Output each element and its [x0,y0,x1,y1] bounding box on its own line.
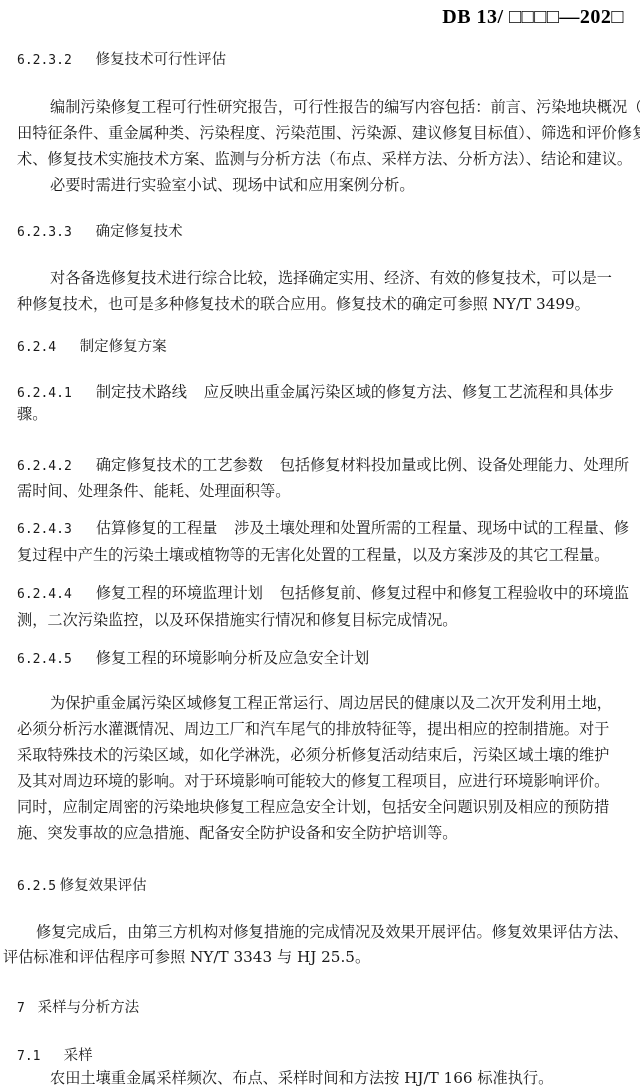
section-number: 7.1 [17,1047,59,1067]
section-number: 6.2.4.3 [17,520,91,540]
section-number: 7 [17,999,33,1019]
paragraph-line: 为保护重金属污染区域修复工程正常运行、周边居民的健康以及二次开发利用土地， [50,693,612,713]
paragraph-line: 骤。 [17,404,47,424]
heading-6-2-4: 6.2.4 制定修复方案 [17,337,167,358]
clause-6-2-4-4: 6.2.4.4 修复工程的环境监理计划 包括修复前、修复过程中和修复工程验收中的… [17,583,629,605]
section-number: 6.2.3.2 [17,51,91,71]
paragraph-line: 田特征条件、重金属种类、污染程度、污染范围、污染源、建议修复目标值）、筛选和评价… [17,123,640,143]
paragraph-line: 农田土壤重金属采样频次、布点、采样时间和方法按 HJ/T 166 标准执行。 [50,1068,553,1088]
paragraph-line: 需时间、处理条件、能耗、处理面积等。 [17,481,290,501]
section-title: 修复效果评估 [60,878,147,894]
section-title: 制定修复方案 [80,339,167,355]
section-number: 6.2.5 [17,877,55,897]
clause-6-2-4-1: 6.2.4.1 制定技术路线 应反映出重金属污染区域的修复方法、修复工艺流程和具… [17,382,614,404]
paragraph-line: 复过程中产生的污染土壤或植物等的无害化处置的工程量，以及方案涉及的其它工程量。 [17,545,609,565]
clause-title: 修复工程的环境影响分析及应急安全计划 [96,649,369,667]
heading-6-2-3-3: 6.2.3.3 确定修复技术 [17,222,183,243]
section-title: 确定修复技术 [96,224,183,240]
section-number: 6.2.4.4 [17,585,91,605]
clause-text: 包括修复材料投加量或比例、设备处理能力、处理所 [280,456,629,474]
section-number: 6.2.4.1 [17,384,91,404]
paragraph-line: 采取特殊技术的污染区域，如化学淋洗，必须分析修复活动结束后，污染区域土壤的维护 [17,745,609,765]
paragraph-line: 同时，应制定周密的污染地块修复工程应急安全计划，包括安全问题识别及相应的预防措 [17,797,609,817]
doc-header-code: DB 13/ □□□□—202□ [442,6,624,29]
paragraph-line: 编制污染修复工程可行性研究报告，可行性报告的编写内容包括：前言、污染地块概况（农 [50,97,640,117]
paragraph-line: 修复完成后，由第三方机构对修复措施的完成情况及效果开展评估。修复效果评估方法、 [36,922,628,942]
section-number: 6.2.4 [17,338,75,358]
paragraph-line: 评估标准和评估程序可参照 NY/T 3343 与 HJ 25.5。 [3,947,370,967]
clause-title: 确定修复技术的工艺参数 [96,456,263,474]
heading-6-2-3-2: 6.2.3.2 修复技术可行性评估 [17,50,226,71]
clause-6-2-4-3: 6.2.4.3 估算修复的工程量 涉及土壤处理和处置所需的工程量、现场中试的工程… [17,518,629,540]
heading-7-1: 7.1 采样 [17,1046,93,1067]
paragraph-line: 必要时需进行实验室小试、现场中试和应用案例分析。 [50,175,415,195]
paragraph-line: 对各备选修复技术进行综合比较，选择确定实用、经济、有效的修复技术，可以是一 [50,268,612,288]
section-number: 6.2.4.2 [17,457,91,477]
section-title: 修复技术可行性评估 [96,52,227,68]
clause-title: 制定技术路线 [96,383,187,401]
paragraph-line: 种修复技术，也可是多种修复技术的联合应用。修复技术的确定可参照 NY/T 349… [17,294,590,314]
clause-text: 涉及土壤处理和处置所需的工程量、现场中试的工程量、修 [234,519,629,537]
section-title: 采样 [64,1048,93,1064]
heading-6-2-5: 6.2.5 修复效果评估 [17,876,147,897]
paragraph-line: 术、修复技术实施技术方案、监测与分析方法（布点、采样方法、分析方法）、结论和建议… [17,149,632,169]
clause-text: 包括修复前、修复过程中和修复工程验收中的环境监 [280,584,629,602]
paragraph-line: 及其对周边环境的影响。对于环境影响可能较大的修复工程项目，应进行环境影响评价。 [17,771,609,791]
paragraph-line: 施、突发事故的应急措施、配备安全防护设备和安全防护培训等。 [17,823,457,843]
heading-7: 7 采样与分析方法 [17,998,139,1019]
paragraph-line: 测，二次污染监控，以及环保措施实行情况和修复目标完成情况。 [17,610,457,630]
paragraph-line: 必须分析污水灌溉情况、周边工厂和汽车尾气的排放特征等，提出相应的控制措施。对于 [17,719,609,739]
clause-6-2-4-2: 6.2.4.2 确定修复技术的工艺参数 包括修复材料投加量或比例、设备处理能力、… [17,455,629,477]
section-number: 6.2.3.3 [17,223,91,243]
clause-title: 修复工程的环境监理计划 [96,584,263,602]
clause-title: 估算修复的工程量 [96,519,218,537]
section-title: 采样与分析方法 [38,1000,140,1016]
section-number: 6.2.4.5 [17,650,91,670]
clause-text: 应反映出重金属污染区域的修复方法、修复工艺流程和具体步 [204,383,614,401]
clause-6-2-4-5: 6.2.4.5 修复工程的环境影响分析及应急安全计划 [17,648,369,670]
